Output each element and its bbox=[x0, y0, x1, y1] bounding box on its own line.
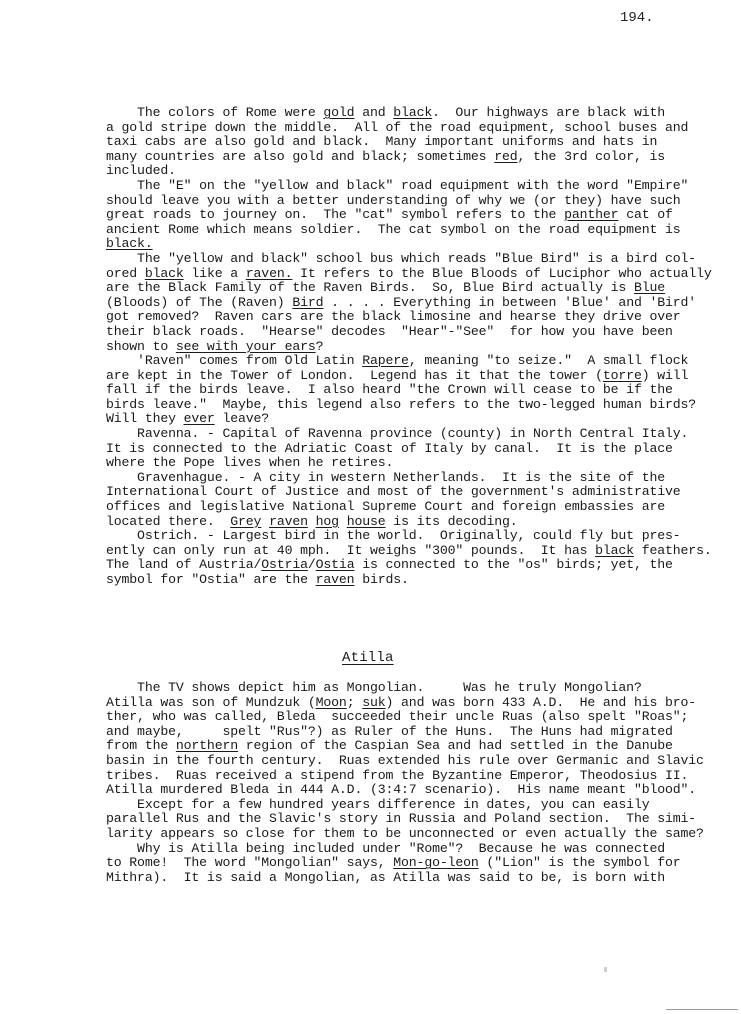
text-line: tribes. Ruas received a stipend from the… bbox=[106, 769, 706, 784]
text-line: larity appears so close for them to be u… bbox=[106, 827, 706, 842]
text-line: to Rome! The word "Mongolian" says, Mon-… bbox=[106, 856, 706, 871]
underlined-word: house bbox=[347, 514, 386, 529]
text-line: ored black like a raven. It refers to th… bbox=[106, 267, 706, 282]
page-number: 194. bbox=[620, 10, 654, 26]
text-line: great roads to journey on. The "cat" sym… bbox=[106, 208, 706, 223]
text-line: many countries are also gold and black; … bbox=[106, 150, 706, 165]
text-line: 'Raven" comes from Old Latin Rapere, mea… bbox=[106, 354, 706, 369]
text-line: Gravenhague. - A city in western Netherl… bbox=[106, 471, 706, 486]
underlined-word: panther bbox=[564, 207, 618, 222]
underlined-word: hog bbox=[316, 514, 339, 529]
underlined-word: ever bbox=[184, 411, 215, 426]
body-text-block-rome-colors: The colors of Rome were gold and black. … bbox=[106, 106, 706, 588]
text-line: The TV shows depict him as Mongolian. Wa… bbox=[106, 681, 706, 696]
text-line: offices and legislative National Supreme… bbox=[106, 500, 706, 515]
text-line: Atilla murdered Bleda in 444 A.D. (3:4:7… bbox=[106, 783, 706, 798]
body-text-block-atilla: The TV shows depict him as Mongolian. Wa… bbox=[106, 681, 706, 885]
text-line: from the northern region of the Caspian … bbox=[106, 739, 706, 754]
text-line: got removed? Raven cars are the black li… bbox=[106, 310, 706, 325]
text-line: Why is Atilla being included under "Rome… bbox=[106, 842, 706, 857]
underlined-word: Ostia bbox=[316, 557, 355, 572]
text-line: fall if the birds leave. I also heard "t… bbox=[106, 383, 706, 398]
text-line: their black roads. "Hearse" decodes "Hea… bbox=[106, 325, 706, 340]
text-line: taxi cabs are also gold and black. Many … bbox=[106, 135, 706, 150]
underlined-word: torre bbox=[603, 368, 642, 383]
text-line: International Court of Justice and most … bbox=[106, 485, 706, 500]
section-heading-atilla: Atilla bbox=[342, 650, 394, 666]
text-line: black. bbox=[106, 237, 706, 252]
text-line: Atilla was son of Mundzuk (Moon; suk) an… bbox=[106, 696, 706, 711]
text-line: The land of Austria/Ostria/Ostia is conn… bbox=[106, 558, 706, 573]
text-line: symbol for "Ostia" are the raven birds. bbox=[106, 573, 706, 588]
underlined-word: raven bbox=[316, 572, 355, 587]
text-line: basin in the fourth century. Ruas extend… bbox=[106, 754, 706, 769]
text-line: The colors of Rome were gold and black. … bbox=[106, 106, 706, 121]
underlined-word: Grey bbox=[230, 514, 261, 529]
text-line: a gold stripe down the middle. All of th… bbox=[106, 121, 706, 136]
text-line: The "E" on the "yellow and black" road e… bbox=[106, 179, 706, 194]
underlined-word: suk bbox=[362, 695, 385, 710]
text-line: birds leave." Maybe, this legend also re… bbox=[106, 398, 706, 413]
underlined-word: Bird bbox=[292, 295, 323, 310]
scan-edge-mark bbox=[666, 1009, 738, 1010]
scan-speck bbox=[604, 967, 607, 972]
text-line: parallel Rus and the Slavic's story in R… bbox=[106, 812, 706, 827]
text-line: should leave you with a better understan… bbox=[106, 194, 706, 209]
text-line: The "yellow and black" school bus which … bbox=[106, 252, 706, 267]
underlined-word: raven. bbox=[246, 266, 293, 281]
text-line: and maybe, spelt "Rus"?) as Ruler of the… bbox=[106, 725, 706, 740]
text-line: ancient Rome which means soldier. The ca… bbox=[106, 223, 706, 238]
text-line: shown to see with your ears? bbox=[106, 340, 706, 355]
underlined-word: black. bbox=[106, 236, 153, 251]
underlined-word: black bbox=[393, 105, 432, 120]
underlined-word: Moon bbox=[316, 695, 347, 710]
underlined-word: black bbox=[595, 543, 634, 558]
underlined-word: gold bbox=[323, 105, 354, 120]
underlined-word: raven bbox=[269, 514, 308, 529]
underlined-word: see with your ears bbox=[176, 339, 316, 354]
text-line: Mithra). It is said a Mongolian, as Atil… bbox=[106, 871, 706, 886]
text-line: Except for a few hundred years differenc… bbox=[106, 798, 706, 813]
text-line: ently can only run at 40 mph. It weighs … bbox=[106, 544, 706, 559]
text-line: Will they ever leave? bbox=[106, 412, 706, 427]
underlined-word: black bbox=[145, 266, 184, 281]
underlined-word: Mon-go-leon bbox=[393, 855, 478, 870]
underlined-word: Blue bbox=[634, 280, 665, 295]
text-line: Ostrich. - Largest bird in the world. Or… bbox=[106, 529, 706, 544]
text-line: (Bloods) of The (Raven) Bird . . . . Eve… bbox=[106, 296, 706, 311]
text-line: ther, who was called, Bleda succeeded th… bbox=[106, 710, 706, 725]
underlined-word: red bbox=[494, 149, 517, 164]
text-line: included. bbox=[106, 164, 706, 179]
text-line: are the Black Family of the Raven Birds.… bbox=[106, 281, 706, 296]
text-line: It is connected to the Adriatic Coast of… bbox=[106, 442, 706, 457]
underlined-word: Ostria bbox=[261, 557, 308, 572]
text-line: located there. Grey raven hog house is i… bbox=[106, 515, 706, 530]
underlined-word: northern bbox=[176, 738, 238, 753]
underlined-word: Rapere bbox=[362, 353, 409, 368]
text-line: where the Pope lives when he retires. bbox=[106, 456, 706, 471]
text-line: Ravenna. - Capital of Ravenna province (… bbox=[106, 427, 706, 442]
text-line: are kept in the Tower of London. Legend … bbox=[106, 369, 706, 384]
document-page: 194. The colors of Rome were gold and bl… bbox=[0, 0, 741, 1014]
